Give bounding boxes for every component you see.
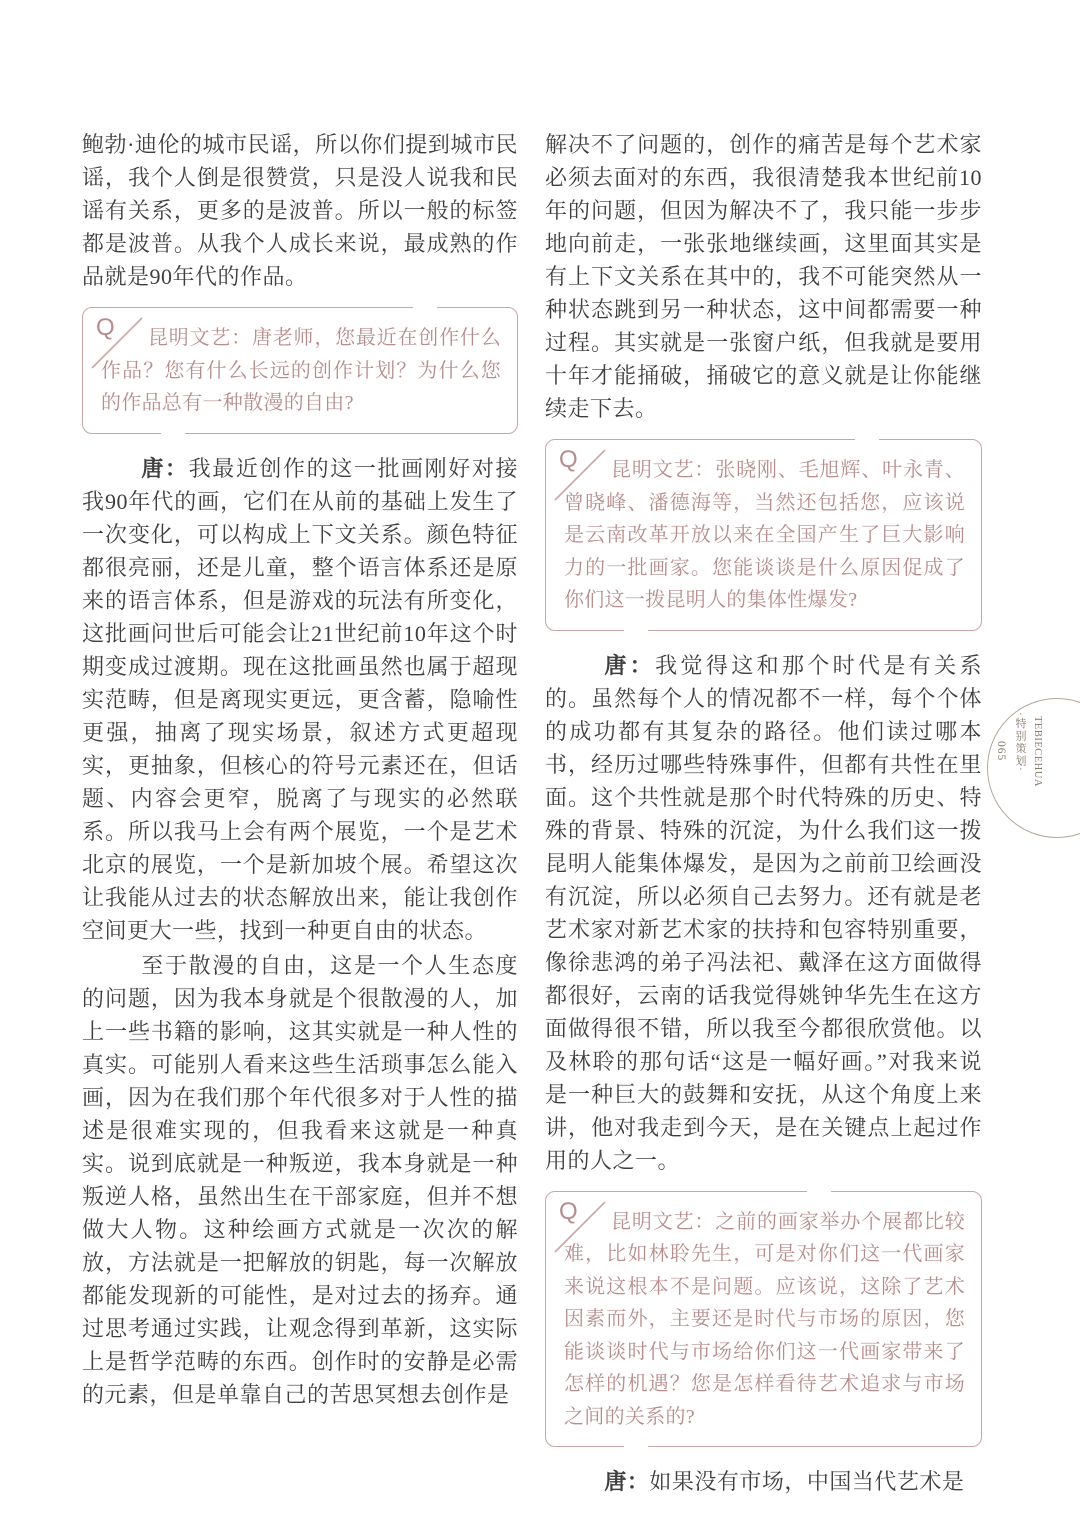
border-gap <box>807 1188 831 1195</box>
page-number: 065 <box>995 741 1007 761</box>
answer-paragraph: 至于散漫的自由，这是一个人生态度的问题，因为我本身就是个很散漫的人，加上一些书籍… <box>82 949 518 1411</box>
border-gap <box>624 1443 648 1450</box>
question-box-2: Q 昆明文艺：张晓刚、毛旭辉、叶永青、曾晓峰、潘德海等，当然还包括您，应该说是云… <box>545 439 982 631</box>
border-gap <box>413 304 437 311</box>
border-gap <box>855 436 879 443</box>
section-title-latin: TEBIECEHUA <box>1032 716 1043 787</box>
question-box-3: Q 昆明文艺：之前的画家举办个展都比较难，比如林聆先生，可是对你们这一代画家来说… <box>545 1191 982 1448</box>
answer-paragraph: 唐：如果没有市场，中国当代艺术是 <box>545 1465 982 1498</box>
right-column: 解决不了问题的，创作的痛苦是每个艺术家必须去面对的东西，我很清楚我本世纪前10年… <box>545 128 982 1498</box>
paragraph-continuation: 解决不了问题的，创作的痛苦是每个艺术家必须去面对的东西，我很清楚我本世纪前10年… <box>545 128 982 425</box>
section-title-chinese: ·特别策划· <box>1012 712 1028 772</box>
answer-speaker: 唐： <box>604 1469 649 1494</box>
question-text: 昆明文艺：之前的画家举办个展都比较难，比如林聆先生，可是对你们这一代画家来说这根… <box>564 1206 965 1434</box>
answer-paragraph: 唐：我最近创作的这一批画刚好对接我90年代的画，它们在从前的基础上发生了一次变化… <box>82 452 518 947</box>
question-box-1: Q 昆明文艺：唐老师，您最近在创作什么作品？您有什么长远的创作计划？为什么您的作… <box>82 307 518 434</box>
question-text: 昆明文艺：唐老师，您最近在创作什么作品？您有什么长远的创作计划？为什么您的作品总… <box>101 322 501 420</box>
answer-text: 我觉得这和那个时代是有关系的。虽然每个人的情况都不一样，每个个体的成功都有其复杂… <box>545 653 982 1173</box>
border-gap <box>161 430 185 437</box>
border-gap <box>624 627 648 634</box>
paragraph-continuation: 鲍勃·迪伦的城市民谣，所以你们提到城市民谣，我个人倒是很赞赏，只是没人说我和民谣… <box>82 128 518 293</box>
left-column: 鲍勃·迪伦的城市民谣，所以你们提到城市民谣，我个人倒是很赞赏，只是没人说我和民谣… <box>82 128 518 1411</box>
question-text: 昆明文艺：张晓刚、毛旭辉、叶永青、曾晓峰、潘德海等，当然还包括您，应该说是云南改… <box>564 454 965 617</box>
answer-speaker: 唐： <box>604 653 655 678</box>
answer-text: 我最近创作的这一批画刚好对接我90年代的画，它们在从前的基础上发生了一次变化，可… <box>82 456 518 943</box>
answer-text: 如果没有市场，中国当代艺术是 <box>649 1469 964 1494</box>
answer-paragraph: 唐：我觉得这和那个时代是有关系的。虽然每个人的情况都不一样，每个个体的成功都有其… <box>545 649 982 1177</box>
answer-speaker: 唐： <box>141 456 188 481</box>
magazine-page: 鲍勃·迪伦的城市民谣，所以你们提到城市民谣，我个人倒是很赞赏，只是没人说我和民谣… <box>0 0 1080 1517</box>
